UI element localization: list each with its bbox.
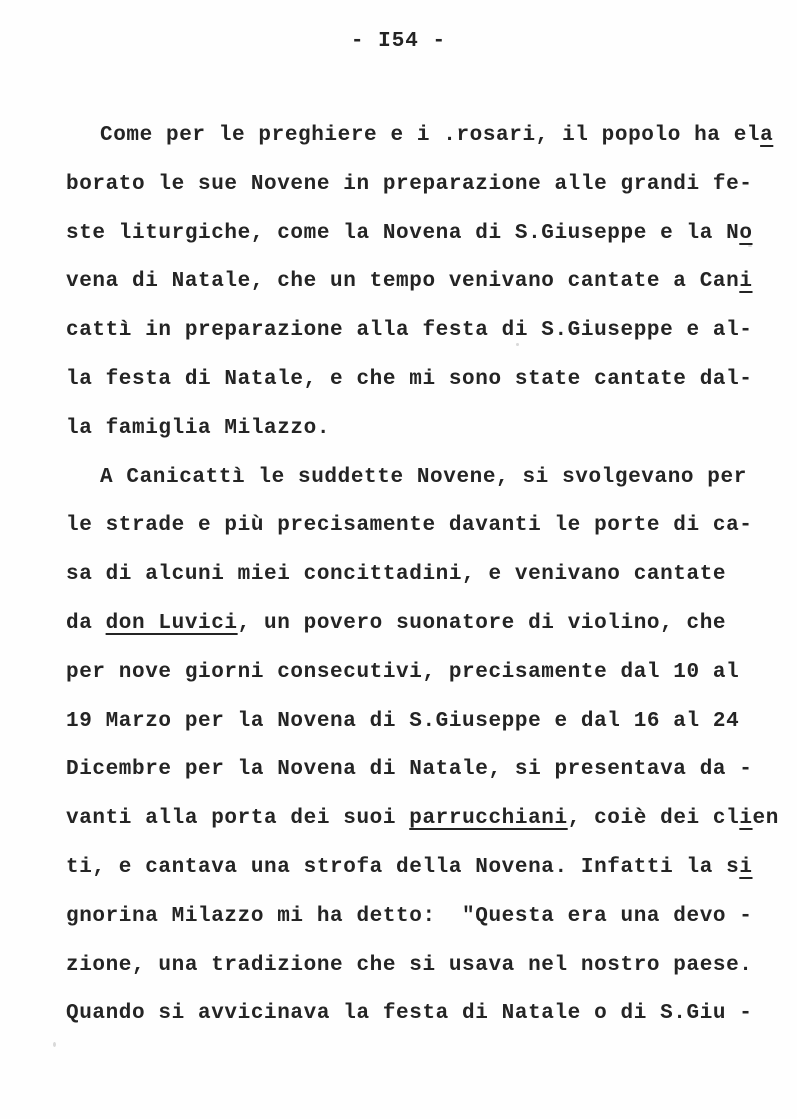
text-segment: borato le sue Novene in preparazione all…	[66, 173, 753, 196]
text-line: Come per le preghiere e i .rosari, il po…	[66, 112, 766, 161]
text-segment: Quando si avvicinava la festa di Natale …	[66, 1002, 753, 1025]
text-line: gnorina Milazzo mi ha detto: "Questa era…	[66, 893, 766, 942]
text-line: la festa di Natale, e che mi sono state …	[66, 356, 766, 405]
text-segment: , coiè dei cl	[568, 807, 740, 830]
underlined-text-segment: o	[739, 222, 752, 245]
text-segment: vanti alla porta dei suoi	[66, 807, 409, 830]
underlined-text-segment: i	[739, 807, 752, 830]
text-segment: le strade e più precisamente davanti le …	[66, 514, 753, 537]
text-line: la famiglia Milazzo.	[66, 405, 766, 454]
underlined-text-segment: a	[760, 124, 773, 147]
underlined-text-segment: i	[739, 270, 752, 293]
text-segment: zione, una tradizione che si usava nel n…	[66, 954, 753, 977]
text-line: zione, una tradizione che si usava nel n…	[66, 942, 766, 991]
text-segment: vena di Natale, che un tempo venivano ca…	[66, 270, 739, 293]
scanned-page: - I54 - Come per le preghiere e i .rosar…	[0, 0, 797, 1119]
text-line: vanti alla porta dei suoi parrucchiani, …	[66, 795, 766, 844]
text-line: sa di alcuni miei concittadini, e veniva…	[66, 551, 766, 600]
text-line: ste liturgiche, come la Novena di S.Gius…	[66, 210, 766, 259]
text-segment: , un povero suonatore di violino, che	[238, 612, 726, 635]
text-segment: en	[753, 807, 779, 830]
text-segment: 19 Marzo per la Novena di S.Giuseppe e d…	[66, 710, 739, 733]
text-segment: gnorina Milazzo mi ha detto: "Questa era…	[66, 905, 753, 928]
text-segment: sa di alcuni miei concittadini, e veniva…	[66, 563, 726, 586]
text-line: A Canicattì le suddette Novene, si svolg…	[66, 454, 766, 503]
text-line: cattì in preparazione alla festa di S.Gi…	[66, 307, 766, 356]
text-segment: la festa di Natale, e che mi sono state …	[66, 368, 753, 391]
text-line: Quando si avvicinava la festa di Natale …	[66, 990, 766, 1039]
text-line: Dicembre per la Novena di Natale, si pre…	[66, 746, 766, 795]
underlined-text-segment: parrucchiani	[409, 807, 567, 830]
underlined-text-segment: don Luvici	[106, 612, 238, 635]
underlined-text-segment: i	[739, 856, 752, 879]
text-line: vena di Natale, che un tempo venivano ca…	[66, 258, 766, 307]
scan-speck	[516, 343, 519, 346]
text-segment: da	[66, 612, 106, 635]
text-line: 19 Marzo per la Novena di S.Giuseppe e d…	[66, 698, 766, 747]
text-segment: cattì in preparazione alla festa di S.Gi…	[66, 319, 753, 342]
page-number: - I54 -	[0, 30, 797, 53]
text-segment: per nove giorni consecutivi, precisament…	[66, 661, 739, 684]
text-segment: Dicembre per la Novena di Natale, si pre…	[66, 758, 753, 781]
text-segment: ti, e cantava una strofa della Novena. I…	[66, 856, 739, 879]
text-segment: la famiglia Milazzo.	[66, 417, 330, 440]
text-segment: A Canicattì le suddette Novene, si svolg…	[100, 466, 747, 489]
text-segment: Come per le preghiere e i .rosari, il po…	[100, 124, 760, 147]
text-segment: ste liturgiche, come la Novena di S.Gius…	[66, 222, 739, 245]
text-line: da don Luvici, un povero suonatore di vi…	[66, 600, 766, 649]
text-line: ti, e cantava una strofa della Novena. I…	[66, 844, 766, 893]
text-line: per nove giorni consecutivi, precisament…	[66, 649, 766, 698]
scan-speck	[748, 245, 752, 247]
scan-speck	[53, 1042, 56, 1047]
text-line: le strade e più precisamente davanti le …	[66, 502, 766, 551]
document-body: Come per le preghiere e i .rosari, il po…	[66, 112, 766, 1039]
text-line: borato le sue Novene in preparazione all…	[66, 161, 766, 210]
